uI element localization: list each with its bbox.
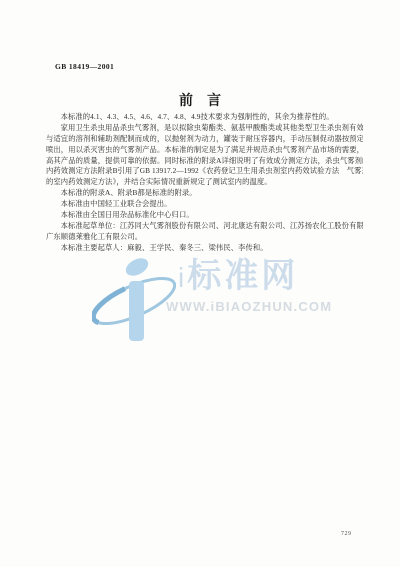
preface-body: 本标准的4.1、4.3、4.5、4.6、4.7、4.8、4.9技术要求为强制性的… (46, 112, 363, 254)
watermark-brand-text: i标准网 (178, 248, 328, 297)
body-line: 本标准的附录A、附录B都是标准的附录。 (46, 188, 363, 199)
standard-number: GB 18419—2001 (55, 62, 114, 71)
document-page: GB 18419—2001 前 言 本标准的4.1、4.3、4.5、4.6、4.… (0, 0, 400, 567)
watermark-url-text: WWW.iBIAOZHUN.COM (166, 299, 332, 314)
body-line: 本标准主要起草人：麻毅、王学民、秦冬三、梁伟民、李传和。 (46, 243, 363, 254)
watermark-logo-icon (92, 249, 176, 355)
watermark: i标准网 WWW.iBIAOZHUN.COM (0, 0, 400, 567)
page-number: 729 (341, 531, 352, 537)
body-line: 高其产品的质量，提供可靠的依据。同时标准的附录A详细说明了有效成分测定方法，杀虫… (46, 156, 363, 167)
logo-i-stem (129, 281, 144, 341)
body-line: 家用卫生杀虫用品杀虫气雾剂，是以拟除虫菊酯类、氨基甲酸酯类或其他类型卫生杀虫剂有… (46, 123, 363, 134)
body-line: 的室内药效测定方法》，并结合实际情况重新规定了测试室内的温度。 (46, 177, 363, 188)
body-line: 本标准的4.1、4.3、4.5、4.6、4.7、4.8、4.9技术要求为强制性的… (46, 112, 363, 123)
watermark-brand-i: i (178, 262, 187, 293)
logo-i-dot (123, 255, 151, 280)
body-line: 与适宜的溶剂和辅助剂配制而成的，以抛射剂为动力，罐装于耐压容器内，手动压制促动器… (46, 134, 363, 145)
body-line: 本标准起草单位：江苏同大气雾剂股份有限公司、河北康达有限公司、江苏扬农化工股份有… (46, 221, 363, 232)
body-line: 本标准由全国日用杂品标准化中心归口。 (46, 210, 363, 221)
body-line: 广东顺德莱雅化工有限公司。 (46, 232, 363, 243)
body-line: 喷出，用以杀灭害虫的气雾剂产品。本标准的制定是为了满足并规范杀虫气雾剂产品市场的… (46, 145, 363, 156)
watermark-brand-name: 标准网 (187, 257, 298, 295)
logo-swoosh (92, 269, 176, 332)
page-title: 前 言 (0, 90, 400, 110)
body-line: 本标准由中国轻工业联合会提出。 (46, 199, 363, 210)
logo-swoosh-dark-segment (92, 269, 176, 332)
body-line: 内药效测定方法附录B引用了GB 13917.2—1992《农药登记卫生用杀虫剂室… (46, 166, 363, 177)
